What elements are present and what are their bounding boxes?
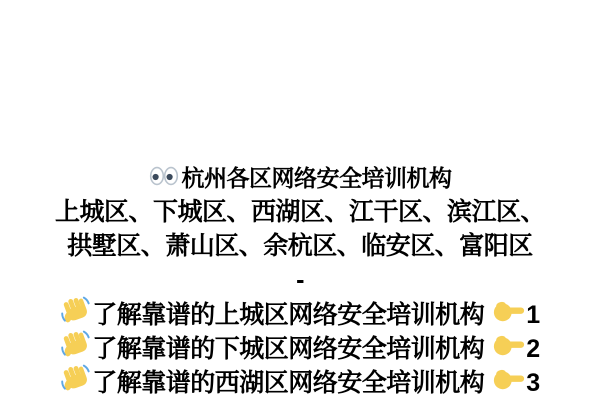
- post-content: 杭州各区网络安全培训机构 上城区、下城区、西湖区、江干区、滨江区、 拱墅区、萧山…: [0, 161, 600, 399]
- promo-number: 3: [526, 369, 539, 397]
- eyes-emoji-icon: [149, 161, 179, 195]
- promo-line-xihu: 了解靠谱的西湖区网络安全培训机构 3: [0, 365, 600, 399]
- post-background: 杭州各区网络安全培训机构 上城区、下城区、西湖区、江干区、滨江区、 拱墅区、萧山…: [0, 0, 600, 400]
- post-title-text: 杭州各区网络安全培训机构: [182, 165, 452, 191]
- district-list-line-1: 上城区、下城区、西湖区、江干区、滨江区、: [0, 195, 600, 229]
- promo-line-shangcheng: 了解靠谱的上城区网络安全培训机构 1: [0, 297, 600, 331]
- promo-number: 2: [526, 335, 539, 363]
- post-title: 杭州各区网络安全培训机构: [0, 161, 600, 195]
- district-list-line-2: 拱墅区、萧山区、余杭区、临安区、富阳区: [0, 229, 600, 263]
- promo-text: 了解靠谱的下城区网络安全培训机构: [92, 335, 484, 363]
- waving-hand-emoji-icon: [60, 363, 90, 400]
- promo-text: 了解靠谱的上城区网络安全培训机构: [92, 301, 484, 329]
- pointing-right-emoji-icon: [493, 366, 525, 400]
- promo-text: 了解靠谱的西湖区网络安全培训机构: [92, 369, 484, 397]
- pointing-right-emoji-icon: [493, 298, 525, 332]
- separator-dash: -: [0, 263, 600, 297]
- promo-number: 1: [526, 301, 539, 329]
- pointing-right-emoji-icon: [493, 332, 525, 366]
- promo-line-xiacheng: 了解靠谱的下城区网络安全培训机构 2: [0, 331, 600, 365]
